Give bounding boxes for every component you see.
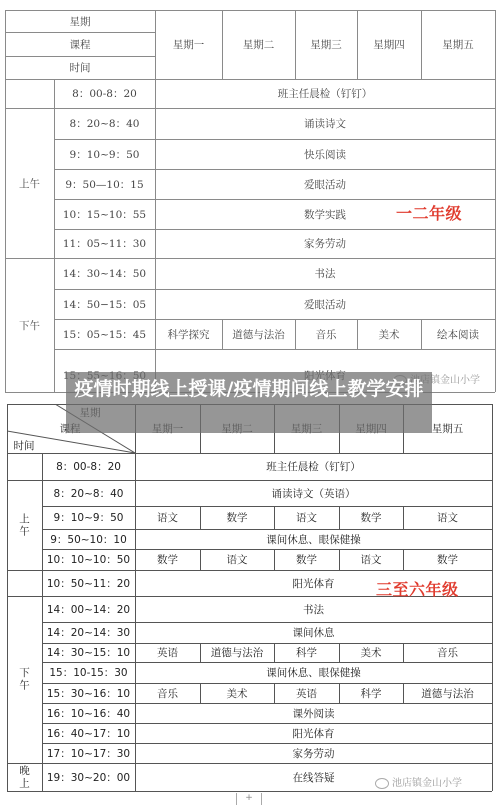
time-cell: 16：40~17：10 [42, 723, 135, 743]
course-cell-wed: 数学 [274, 549, 339, 570]
header-day-tue: 星期二 [222, 10, 295, 79]
course-cell-fri: 语文 [403, 506, 492, 529]
grade-label: 三至六年级 [376, 577, 459, 600]
time-cell: 10：15~10：55 [54, 199, 155, 229]
time-cell: 14：00~14：20 [42, 596, 135, 622]
header-course: 课程 [5, 32, 155, 56]
course-cell-thu: 数学 [339, 506, 403, 529]
header-day-thu: 星期四 [357, 10, 421, 79]
section-afternoon: 下午 [5, 258, 54, 392]
activity-cell: 课间休息、眼保健操 [135, 662, 492, 683]
image-caption: 疫情时期线上授课/疫情期间线上教学安排 [66, 372, 432, 433]
time-cell: 9：10~9：50 [54, 139, 155, 169]
course-cell-mon: 科学探究 [155, 319, 222, 349]
course-cell-tue: 道德与法治 [200, 643, 274, 662]
course-cell-fri: 数学 [403, 549, 492, 570]
activity-cell: 课间休息、眼保健操 [135, 529, 492, 549]
course-cell-tue: 数学 [200, 506, 274, 529]
watermark: 池店镇金山小学 [375, 774, 462, 789]
time-cell: 8：00-8：20 [42, 453, 135, 480]
time-cell: 15：10-15：30 [42, 662, 135, 683]
header-time: 时间 [9, 437, 39, 453]
header-day-mon: 星期一 [155, 10, 222, 79]
time-cell: 15：30~16：10 [42, 683, 135, 703]
divider [54, 349, 495, 350]
header-time: 时间 [5, 56, 155, 79]
activity-cell: 课间休息 [135, 622, 492, 643]
course-cell-fri: 道德与法治 [403, 683, 492, 703]
course-cell-fri: 音乐 [403, 643, 492, 662]
activity-cell: 家务劳动 [155, 229, 495, 258]
time-cell: 11：05~11：30 [54, 229, 155, 258]
time-cell: 14：20~14：30 [42, 622, 135, 643]
time-cell: 17：10~17：30 [42, 743, 135, 763]
time-cell: 9：50~10：10 [42, 529, 135, 549]
section-afternoon: 下午 [7, 596, 42, 763]
activity-cell: 班主任晨检（钉钉） [135, 453, 492, 480]
header-week: 星期 [5, 10, 155, 32]
add-sheet-tab[interactable]: + [236, 793, 262, 805]
activity-cell: 爱眼活动 [155, 289, 495, 319]
grade-label: 一二年级 [396, 201, 462, 224]
table-border [7, 791, 492, 792]
header-day-fri: 星期五 [421, 10, 495, 79]
time-cell: 14：30~15：10 [42, 643, 135, 662]
course-cell-mon: 数学 [135, 549, 200, 570]
time-cell: 8：20~8：40 [54, 108, 155, 139]
section-morning: 上午 [7, 480, 42, 570]
header-day-wed: 星期三 [295, 10, 357, 79]
activity-cell: 快乐阅读 [155, 139, 495, 169]
activity-cell: 家务劳动 [135, 743, 492, 763]
course-cell-thu: 语文 [339, 549, 403, 570]
course-cell-fri: 绘本阅读 [421, 319, 495, 349]
time-cell: 9：50—10：15 [54, 169, 155, 199]
course-cell-wed: 语文 [274, 506, 339, 529]
course-cell-wed: 科学 [274, 643, 339, 662]
table-border [492, 404, 493, 791]
course-cell-thu: 美术 [357, 319, 421, 349]
wechat-icon [375, 778, 389, 789]
course-cell-mon: 英语 [135, 643, 200, 662]
activity-cell: 班主任晨检（钉钉） [155, 79, 495, 108]
activity-cell: 诵读诗文（英语） [135, 480, 492, 506]
activity-cell: 阳光体育 [135, 723, 492, 743]
activity-cell: 书法 [155, 258, 495, 289]
course-cell-tue: 美术 [200, 683, 274, 703]
time-cell: 16：10~16：40 [42, 703, 135, 723]
course-cell-mon: 语文 [135, 506, 200, 529]
time-cell: 9：10~9：50 [42, 506, 135, 529]
course-cell-thu: 美术 [339, 643, 403, 662]
time-cell: 14：50−15：05 [54, 289, 155, 319]
course-cell-tue: 道德与法治 [222, 319, 295, 349]
activity-cell: 课外阅读 [135, 703, 492, 723]
time-cell: 10：50~11：20 [42, 570, 135, 596]
time-cell: 19：30~20：00 [42, 763, 135, 791]
watermark-text: 池店镇金山小学 [392, 778, 462, 789]
course-cell-thu: 科学 [339, 683, 403, 703]
course-cell-wed: 英语 [274, 683, 339, 703]
table-border [495, 10, 496, 392]
section-evening: 晚上 [7, 763, 42, 791]
time-cell: 15：05~15：45 [54, 319, 155, 349]
time-cell: 14：30~14：50 [54, 258, 155, 289]
activity-cell: 诵读诗文 [155, 108, 495, 139]
course-cell-wed: 音乐 [295, 319, 357, 349]
course-cell-mon: 音乐 [135, 683, 200, 703]
course-cell-tue: 语文 [200, 549, 274, 570]
section-morning: 上午 [5, 108, 54, 258]
time-cell: 10：10~10：50 [42, 549, 135, 570]
time-cell: 8：00-8：20 [54, 79, 155, 108]
activity-cell: 爱眼活动 [155, 169, 495, 199]
time-cell: 8：20~8：40 [42, 480, 135, 506]
